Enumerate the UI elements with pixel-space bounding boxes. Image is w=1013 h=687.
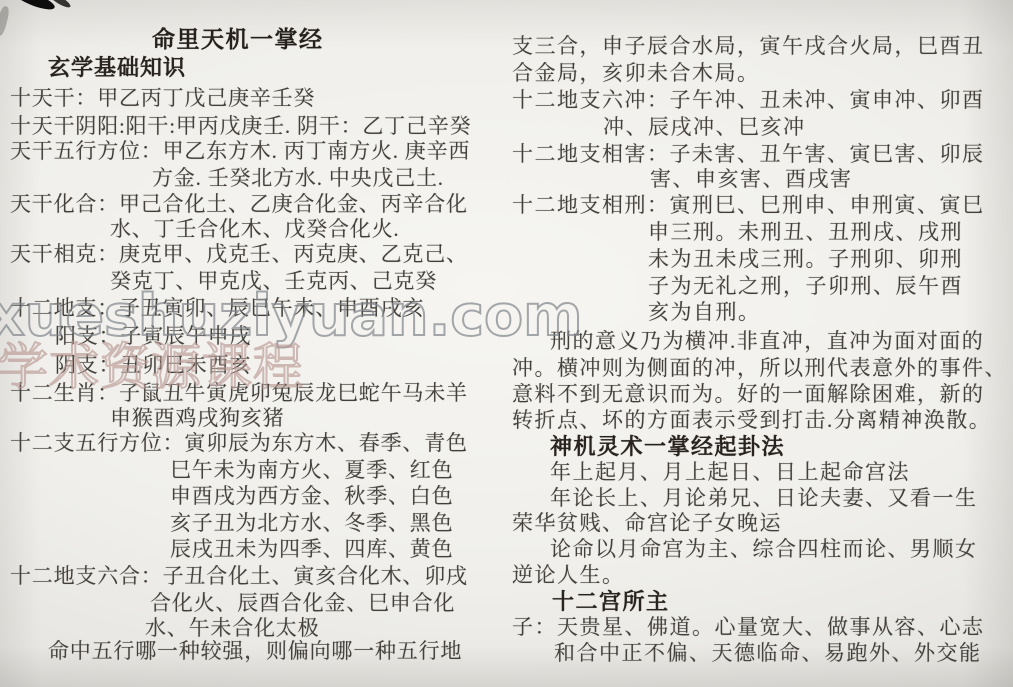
text-line: 荣华贫贱、命宫论子女晚运	[512, 512, 782, 535]
text-line: 刑的意义乃为横冲.非直冲，直冲为面对面的	[550, 330, 984, 353]
text-line: 合金局，亥卯未合木局。	[512, 62, 760, 85]
text-line: 年上起月、月上起日、日上起命宫法	[550, 461, 910, 484]
text-line: 阴支：丑卯巳未酉亥	[55, 354, 251, 377]
text-line: 命中五行哪一种较强，则偏向哪一种五行地	[48, 640, 462, 663]
text-line: 辰戌丑未为四季、四库、黄色	[170, 538, 453, 561]
text-line: 支三合，申子辰合水局，寅午戌合火局，巳酉丑	[512, 35, 985, 58]
text-line: 子为无礼之刑，子卯刑、辰午酉	[648, 275, 963, 298]
text-line: 巳午未为南方火、夏季、红色	[170, 459, 453, 482]
text-line: 十二地支六合：子丑合化土、寅亥合化木、卯戌	[10, 565, 468, 588]
text-line: 意料不到无意识而为。好的一面解除困难，新的	[512, 383, 985, 406]
text-line: 转折点、坏的方面表示受到打击.分离精神涣散。	[512, 409, 991, 432]
text-line: 癸克丁、甲克戊、壬克丙、己克癸	[110, 270, 437, 293]
text-line: 亥为自刑。	[648, 301, 761, 324]
text-line: 申酉戌为西方金、秋季、白色	[170, 485, 453, 508]
text-line: 十天干：甲乙丙丁戊己庚辛壬癸	[10, 87, 315, 110]
left-column: 命里天机一掌经 玄学基础知识 十天干：甲乙丙丁戊己庚辛壬癸 十天干阴阳:阳干:甲…	[10, 0, 502, 687]
page-title: 命里天机一掌经	[152, 28, 324, 51]
text-line: 十二地支相刑：寅刑巳、巳刑申、申刑寅、寅巳	[512, 194, 985, 217]
text-line: 合化火、辰酉合化金、巳申合化	[150, 592, 455, 615]
text-line: 申三刑。未刑丑、丑刑戌、戌刑	[648, 221, 963, 244]
right-column: 支三合，申子辰合水局，寅午戌合火局，巳酉丑 合金局，亥卯未合木局。 十二地支六冲…	[512, 0, 1013, 687]
text-line: 天干化合：甲己合化土、乙庚合化金、丙辛合化	[10, 193, 468, 216]
text-line: 十二地支六冲：子午冲、丑未冲、寅申冲、卯酉	[512, 89, 985, 112]
text-line: 冲。横冲则为侧面的冲，所以刑代表意外的事件、	[512, 357, 1007, 380]
text-line: 十二生肖：子鼠丑牛寅虎卯兔辰龙巳蛇午马未羊	[10, 382, 468, 405]
text-line: 十二地支相害：子未害、丑午害、寅巳害、卯辰	[512, 143, 985, 166]
text-line: 亥子丑为北方水、冬季、黑色	[170, 512, 453, 535]
scan-artifact	[0, 5, 10, 36]
text-line: 水、午未合化太极	[145, 617, 319, 640]
text-line: 阳支：子寅辰午申戌	[55, 325, 251, 348]
text-line: 方金. 壬癸北方水. 中央戊己土.	[152, 167, 444, 190]
section-heading-twelve-palaces: 十二宫所主	[552, 590, 670, 613]
scanned-page: 命里天机一掌经 玄学基础知识 十天干：甲乙丙丁戊己庚辛壬癸 十天干阴阳:阳干:甲…	[0, 0, 1013, 687]
text-line: 论命以月命宫为主、综合四柱而论、男顺女	[550, 538, 978, 561]
text-line: 水、丁壬合化木、戊癸合化火.	[110, 218, 399, 241]
text-line: 未为丑未戌三刑。子刑卯、卯刑	[648, 248, 963, 271]
section-heading-basics: 玄学基础知识	[48, 56, 186, 79]
text-line: 天干相克：庚克甲、戊克壬、丙克庚、乙克己、	[10, 243, 468, 266]
text-line: 子：天贵星、佛道。心量宽大、做事从容、心志	[512, 616, 985, 639]
text-line: 和合中正不偏、天德临命、易跑外、外交能	[554, 642, 982, 665]
text-line: 冲、辰戌冲、巳亥冲	[603, 116, 806, 139]
text-line: 年论长上、月论弟兄、日论夫妻、又看一生	[550, 487, 978, 510]
text-line: 十二支五行方位：寅卯辰为东方木、春季、青色	[10, 432, 468, 455]
text-line: 天干五行方位：甲乙东方木. 丙丁南方火. 庚辛西	[10, 140, 470, 163]
text-line: 十天干阴阳:阳干:甲丙戊庚壬. 阴干：乙丁己辛癸	[10, 115, 471, 138]
text-line: 申猴酉鸡戌狗亥猪	[110, 407, 284, 430]
text-line: 害、申亥害、酉戌害	[650, 168, 853, 191]
section-heading-qigua: 神机灵术一掌经起卦法	[550, 435, 785, 458]
text-line: 逆论人生。	[512, 564, 625, 587]
text-line: 十二地支：子丑寅卯、辰巳午未、申酉戌亥	[10, 297, 424, 320]
